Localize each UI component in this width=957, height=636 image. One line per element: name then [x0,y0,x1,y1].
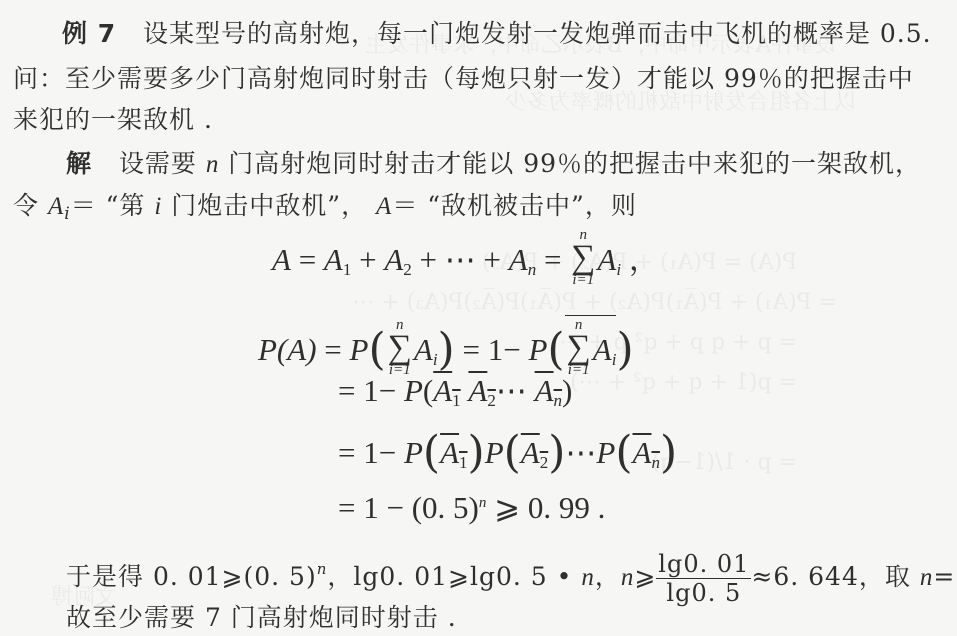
variable-n: n [621,564,635,591]
variable-n: n [920,564,934,591]
conclusion-text: ，lg0. 01⩾lg0. 5 • [327,562,572,591]
equation-4: = 1− P(A1)P(A2)⋯P(An) [338,427,677,478]
complement-A1: A1 [433,373,460,408]
fraction-numerator: lg0. 01 [656,550,751,579]
math-symbol: A [535,373,554,408]
sigma-icon: ∑ [571,243,595,273]
solution-text: 门高射炮同时射击才能以 99％的把握击中来犯的一架敌机， [228,149,921,178]
paren-close: ) [468,427,485,478]
subscript: 1 [343,260,352,279]
paren-open: ( [368,324,385,375]
math-symbol: A [324,242,343,277]
math-symbol: P [485,435,504,470]
fraction: lg0. 01lg0. 5 [656,550,751,607]
summation: n ∑ i=1 [388,318,412,379]
math-symbol: P [404,435,423,470]
math-operator: = [544,242,561,277]
sigma-icon: ∑ [567,333,591,363]
example-line-2: 问：至少需要多少门高射炮同时射击（每炮只射一发）才能以 99％的把握击中 [13,59,914,95]
event-A: A [376,193,392,220]
math-symbol: A [440,435,459,470]
solution-text: ＝ “第 [71,191,146,220]
solution-text: 门炮击中敌机”， [171,191,367,220]
math-operator: = [299,242,316,277]
math-symbol: A [468,373,487,408]
equation-1: A = A1 + A2 + ⋯ + An = n ∑ i=1 Ai ， [272,228,660,289]
equation-2: P(A) = P( n ∑ i=1 Ai) = 1− P( n ∑ i=1 Ai… [258,315,634,379]
math-expression: ⩾ 0. 99 . [486,490,605,525]
math-symbol: A [433,373,452,408]
subscript: 2 [487,391,496,410]
summation: n ∑ i=1 [571,228,595,289]
math-expression: 1− [488,332,521,367]
math-symbol: A [384,242,403,277]
variable-n: n [581,564,595,591]
math-symbol: P [404,373,423,408]
subscript: 2 [540,453,549,472]
math-symbol: P [596,435,615,470]
conclusion-text: 于是得 0. 01⩾(0. 5) [66,562,317,591]
math-operator: + [359,242,376,277]
conclusion-text: ≈6. 644，取 [751,562,910,591]
conclusion-text: =7. [933,562,957,591]
math-symbol: P [350,332,369,367]
equation-5: = 1 − (0. 5)n ⩾ 0. 99 . [338,490,605,526]
paren-close: ) [438,324,455,375]
subscript: n [554,391,563,410]
equation-3: = 1− P(A1 A2⋯ An) [338,373,572,411]
variable-n: n [206,151,220,178]
exponent: n [317,560,328,578]
paren-close: ) [548,427,565,478]
solution-text: ＝ “敌机被击中”，则 [392,191,637,220]
math-symbol: P [528,332,547,367]
math-expression: = 1− [338,373,404,408]
subscript: 2 [403,260,412,279]
math-expression: P(A) [258,332,317,367]
sigma-icon: ∑ [388,333,412,363]
paren-open: ( [423,427,440,478]
math-operator: + [484,242,501,277]
summation: n ∑ i=1 [567,318,591,379]
math-operator: ⋯ [565,435,596,470]
math-operator: ⋯ [445,242,476,277]
subscript: n [528,260,537,279]
math-symbol: A [272,242,291,277]
punctuation: ， [629,242,660,277]
paren-close: ) [660,427,677,478]
math-operator: = [462,332,479,367]
math-expression: = 1 − (0. 5) [338,490,479,525]
math-symbol: A [593,332,612,367]
complement-overline: n ∑ i=1 Ai [565,315,617,379]
example-line-3: 来犯的一架敌机 . [13,100,213,136]
subscript: 1 [452,391,461,410]
solution-text: 令 [13,191,39,220]
complement-An: An [535,373,562,408]
example-label: 例 7 [62,19,116,48]
example-text-1: 设某型号的高射炮，每一门炮发射一发炮弹而击中飞机的概率是 0.5. [143,19,932,48]
paren-open: ( [615,427,632,478]
fraction-denominator: lg0. 5 [656,579,751,607]
paren-open: ( [547,324,564,375]
math-operator: ⋯ [496,373,527,408]
math-expression: = 1− [338,435,404,470]
variable-i: i [154,193,162,220]
math-symbol: A [633,435,652,470]
paren-open: ( [504,427,521,478]
complement-A2: A2 [521,435,548,470]
punctuation: ， [595,562,621,591]
solution-line-1: 解 设需要 n 门高射炮同时射击才能以 99％的把握击中来犯的一架敌机， [66,144,921,180]
math-operator: + [420,242,437,277]
paren-close: ) [616,324,633,375]
solution-line-2: 令 Ai＝ “第 i 门炮击中敌机”， A＝ “敌机被击中”，则 [13,186,637,224]
sum-lower-limit: i=1 [571,273,595,289]
subscript: n [651,453,660,472]
math-operator: = [324,332,341,367]
math-symbol: A [521,435,540,470]
complement-An: An [633,435,660,470]
complement-A1: A1 [440,435,467,470]
math-symbol: A [597,242,616,277]
math-operator: ⩾ [634,562,656,591]
math-symbol: A [414,332,433,367]
subscript: 1 [459,453,468,472]
event-Ai: A [48,193,64,220]
example-line-1: 例 7 设某型号的高射炮，每一门炮发射一发炮弹而击中飞机的概率是 0.5. [62,14,932,50]
solution-label: 解 [66,149,92,178]
math-symbol: A [509,242,528,277]
complement-A2: A2 [468,373,495,408]
solution-text: 设需要 [119,149,197,178]
conclusion-line-2: 故至少需要 7 门高射炮同时射击 . [66,598,457,634]
subscript: i [616,260,621,279]
